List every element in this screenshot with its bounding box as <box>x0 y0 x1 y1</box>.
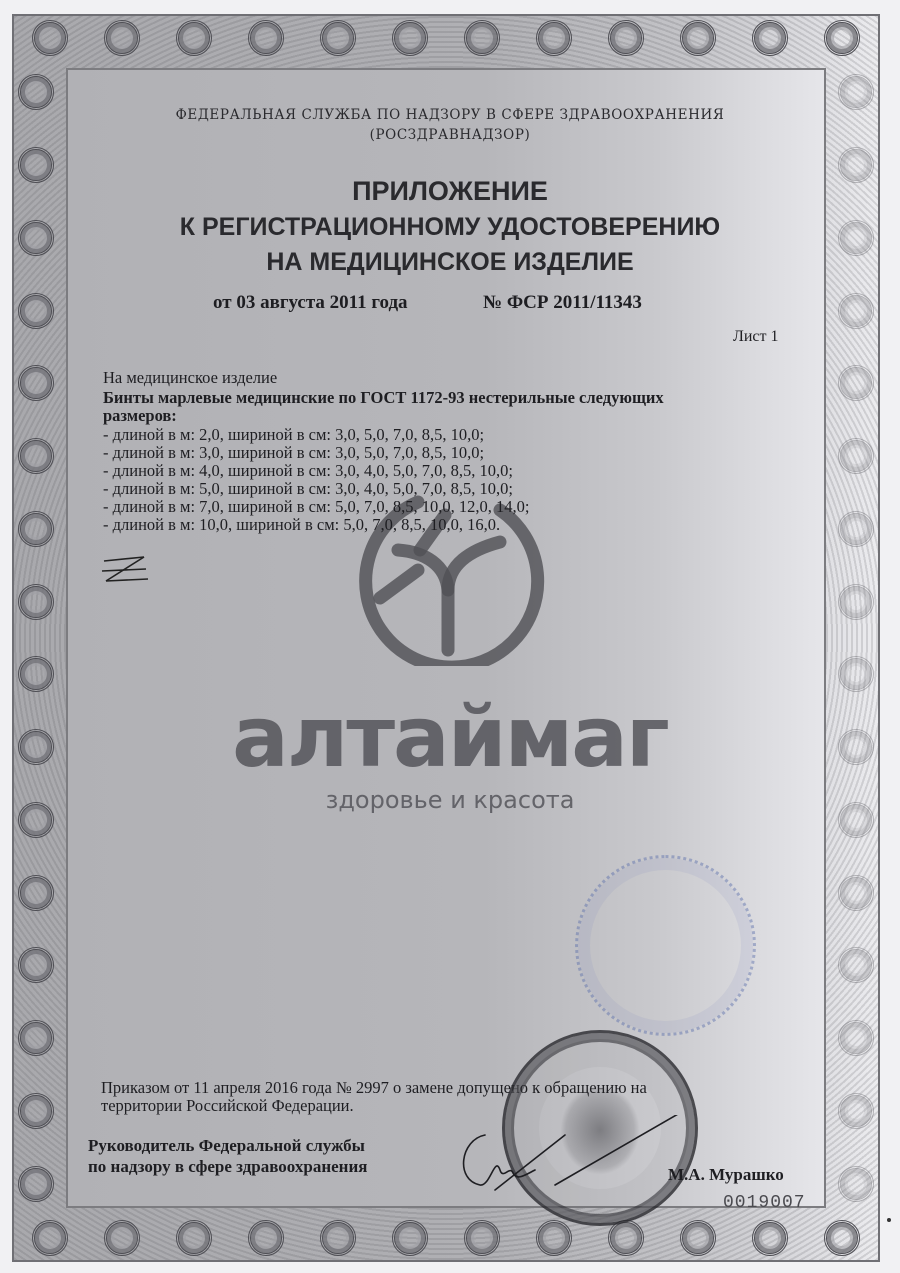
ornamental-border-top <box>14 20 878 56</box>
signatory-name: М.А. Мурашко <box>668 1165 784 1185</box>
signatory-title-line-2: по надзору в сфере здравоохранения <box>88 1157 367 1177</box>
size-row: - длиной в м: 3,0, шириной в см: 3,0, 5,… <box>103 443 484 462</box>
blue-stamp-icon <box>575 855 756 1036</box>
intro-text: На медицинское изделие <box>103 368 277 387</box>
signature-icon <box>455 1115 695 1205</box>
sheet-number: Лист 1 <box>733 328 779 346</box>
serial-number: 0019007 <box>723 1193 806 1213</box>
signatory-title-line-1: Руководитель Федеральной службы <box>88 1136 365 1156</box>
agency-abbreviation: (РОСЗДРАВНАДЗОР) <box>0 125 900 145</box>
registration-number: № ФСР 2011/11343 <box>483 292 642 314</box>
agency-name: ФЕДЕРАЛЬНАЯ СЛУЖБА ПО НАДЗОРУ В СФЕРЕ ЗД… <box>0 105 900 125</box>
watermark-brand: алтаймаг <box>0 688 900 786</box>
size-row: - длиной в м: 7,0, шириной в см: 5,0, 7,… <box>103 497 529 516</box>
product-name-line-2: размеров: <box>103 406 177 425</box>
document-subtitle-2: НА МЕДИЦИНСКОЕ ИЗДЕЛИЕ <box>0 248 900 277</box>
product-name-line-1: Бинты марлевые медицинские по ГОСТ 1172-… <box>103 388 664 407</box>
size-row: - длиной в м: 2,0, шириной в см: 3,0, 5,… <box>103 425 484 444</box>
size-row: - длиной в м: 5,0, шириной в см: 3,0, 4,… <box>103 479 513 498</box>
z-closure-mark-icon <box>100 553 150 587</box>
registration-date: от 03 августа 2011 года <box>213 292 408 314</box>
document-title: ПРИЛОЖЕНИЕ <box>0 176 900 207</box>
speck <box>887 1218 891 1222</box>
watermark-tagline: здоровье и красота <box>0 786 900 814</box>
ornamental-border-bottom <box>14 1220 878 1256</box>
document-subtitle-1: К РЕГИСТРАЦИОННОМУ УДОСТОВЕРЕНИЮ <box>0 213 900 242</box>
size-row: - длиной в м: 10,0, шириной в см: 5,0, 7… <box>103 515 500 534</box>
size-row: - длиной в м: 4,0, шириной в см: 3,0, 4,… <box>103 461 513 480</box>
order-text-line-2: территории Российской Федерации. <box>101 1096 354 1116</box>
